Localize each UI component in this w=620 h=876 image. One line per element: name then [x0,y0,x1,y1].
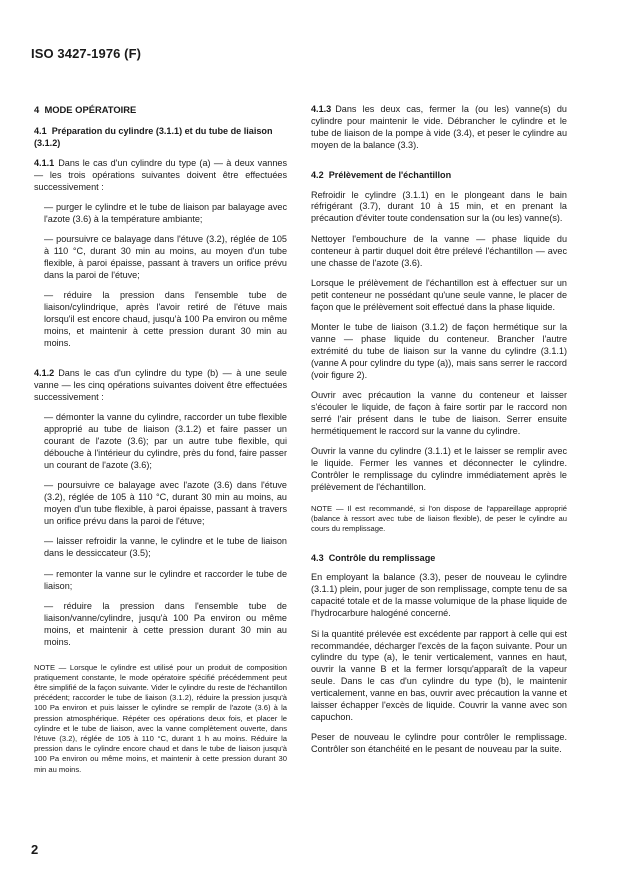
paragraph: Ouvrir avec précaution la vanne du conte… [311,390,567,438]
paragraph: Lorsque le prélèvement de l'échantillon … [311,278,567,314]
paragraph: Monter le tube de liaison (3.1.2) de faç… [311,322,567,382]
section-title: MODE OPÉRATOIRE [44,104,136,115]
paragraph: Nettoyer l'embouchure de la vanne — phas… [311,234,567,270]
section-4-2-heading: 4.2 Prélèvement de l'échantillon [311,170,567,182]
section-4-heading: 4 MODE OPÉRATOIRE [34,104,287,116]
section-title: Préparation du cylindre (3.1.1) et du tu… [34,126,273,148]
document-header: ISO 3427-1976 (F) [31,46,141,61]
paragraph-text: Dans les deux cas, fermer la (ou les) va… [311,104,567,150]
section-title: Prélèvement de l'échantillon [329,170,451,180]
paragraph: Ouvrir la vanne du cylindre (3.1.1) et l… [311,446,567,494]
left-column: 4 MODE OPÉRATOIRE 4.1 Préparation du cyl… [34,104,287,783]
paragraph-text: Dans le cas d'un cylindre du type (b) — … [34,368,287,402]
paragraph: En employant la balance (3.3), peser de … [311,572,567,620]
section-4-1-2-intro: 4.1.2Dans le cas d'un cylindre du type (… [34,368,287,404]
list-item: — purger le cylindre et le tube de liais… [34,202,287,226]
section-number: 4.3 [311,553,324,563]
note: NOTE — Il est recommandé, si l'on dispos… [311,504,567,535]
section-4-1-3: 4.1.3Dans les deux cas, fermer la (ou le… [311,104,567,152]
paragraph: Si la quantité prélevée est excédente pa… [311,629,567,724]
section-4-3-heading: 4.3 Contrôle du remplissage [311,553,567,565]
section-number: 4.1.1 [34,158,54,168]
list-item: — démonter la vanne du cylindre, raccord… [34,412,287,472]
paragraph: Peser de nouveau le cylindre pour contrô… [311,732,567,756]
list-item: — réduire la pression dans l'ensemble tu… [34,601,287,649]
right-column: 4.1.3Dans les deux cas, fermer la (ou le… [311,104,567,765]
list-item: — poursuivre ce balayage avec l'azote (3… [34,480,287,528]
list-item: — réduire la pression dans l'ensemble tu… [34,290,287,350]
page-number: 2 [31,842,38,857]
list-item: — remonter la vanne sur le cylindre et r… [34,569,287,593]
section-number: 4 [34,104,39,115]
section-title: Contrôle du remplissage [329,553,436,563]
section-number: 4.1.2 [34,368,54,378]
section-4-1-1-intro: 4.1.1Dans le cas d'un cylindre du type (… [34,158,287,194]
list-item: — laisser refroidir la vanne, le cylindr… [34,536,287,560]
section-number: 4.1.3 [311,104,331,114]
section-4-1-heading: 4.1 Préparation du cylindre (3.1.1) et d… [34,126,287,150]
paragraph-text: Dans le cas d'un cylindre du type (a) — … [34,158,287,192]
list-item: — poursuivre ce balayage dans l'étuve (3… [34,234,287,282]
section-number: 4.1 [34,126,47,136]
note: NOTE — Lorsque le cylindre est utilisé p… [34,663,287,775]
section-number: 4.2 [311,170,324,180]
paragraph: Refroidir le cylindre (3.1.1) en le plon… [311,190,567,226]
